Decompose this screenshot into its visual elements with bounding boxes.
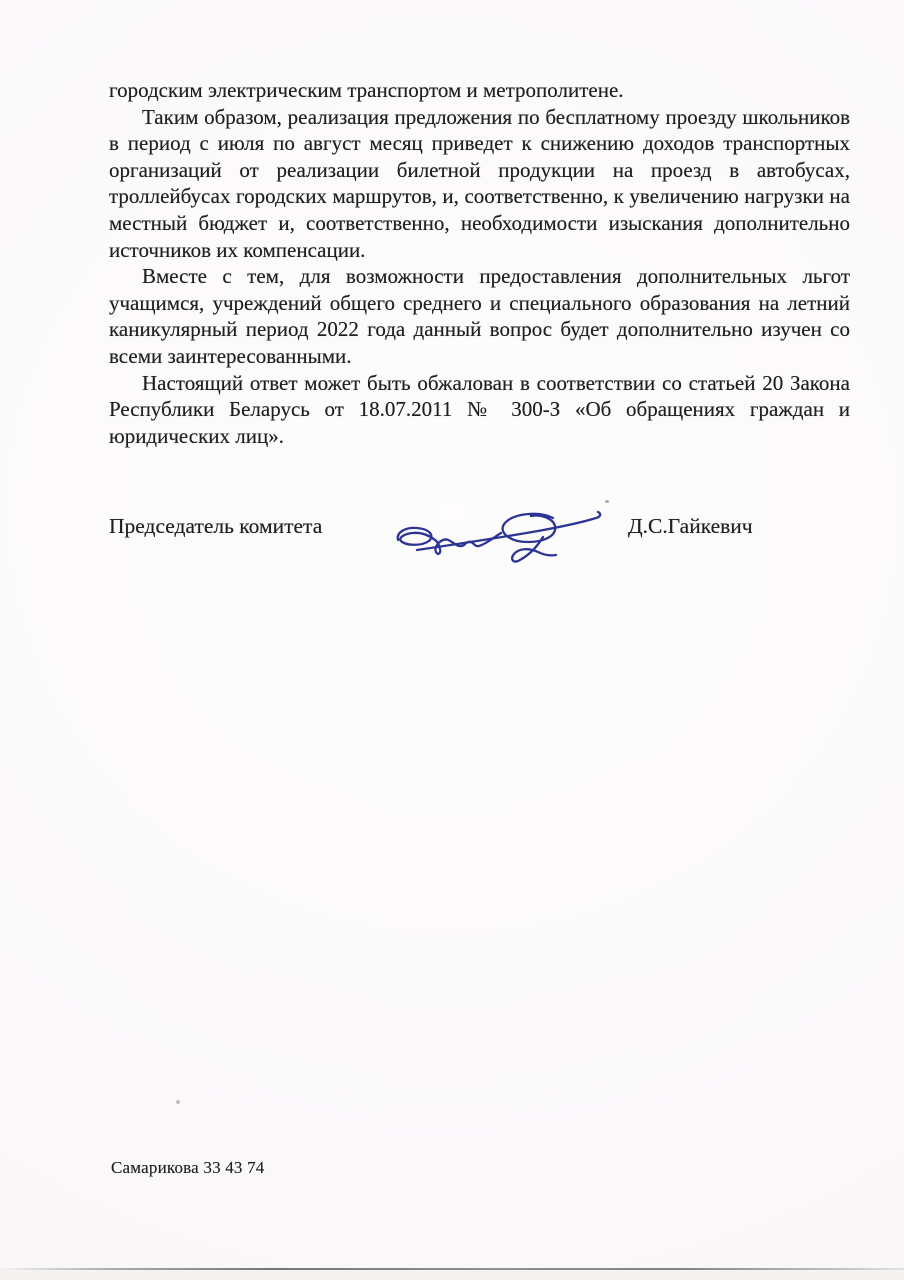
- paragraph: Таким образом, реализация предложения по…: [109, 104, 850, 264]
- signer-title: Председатель комитета: [109, 514, 322, 539]
- paragraph-continuation: городским электрическим транспортом и ме…: [109, 77, 850, 104]
- letter-body: городским электрическим транспортом и ме…: [109, 77, 850, 449]
- footer-contact: Самарикова 33 43 74: [111, 1158, 264, 1178]
- scan-artifact-dot: [605, 500, 609, 503]
- document-page: городским электрическим транспортом и ме…: [0, 0, 904, 1280]
- handwritten-signature-icon: [388, 500, 608, 570]
- signature-block: Председатель комитета Д.С.Гайкевич: [0, 498, 904, 588]
- paragraph: Вместе с тем, для возможности предоставл…: [109, 263, 850, 369]
- paragraph: Настоящий ответ может быть обжалован в с…: [109, 370, 850, 450]
- signer-name: Д.С.Гайкевич: [628, 514, 753, 539]
- scan-artifact-dot: [176, 1100, 180, 1104]
- scan-bottom-strip: [0, 1270, 904, 1280]
